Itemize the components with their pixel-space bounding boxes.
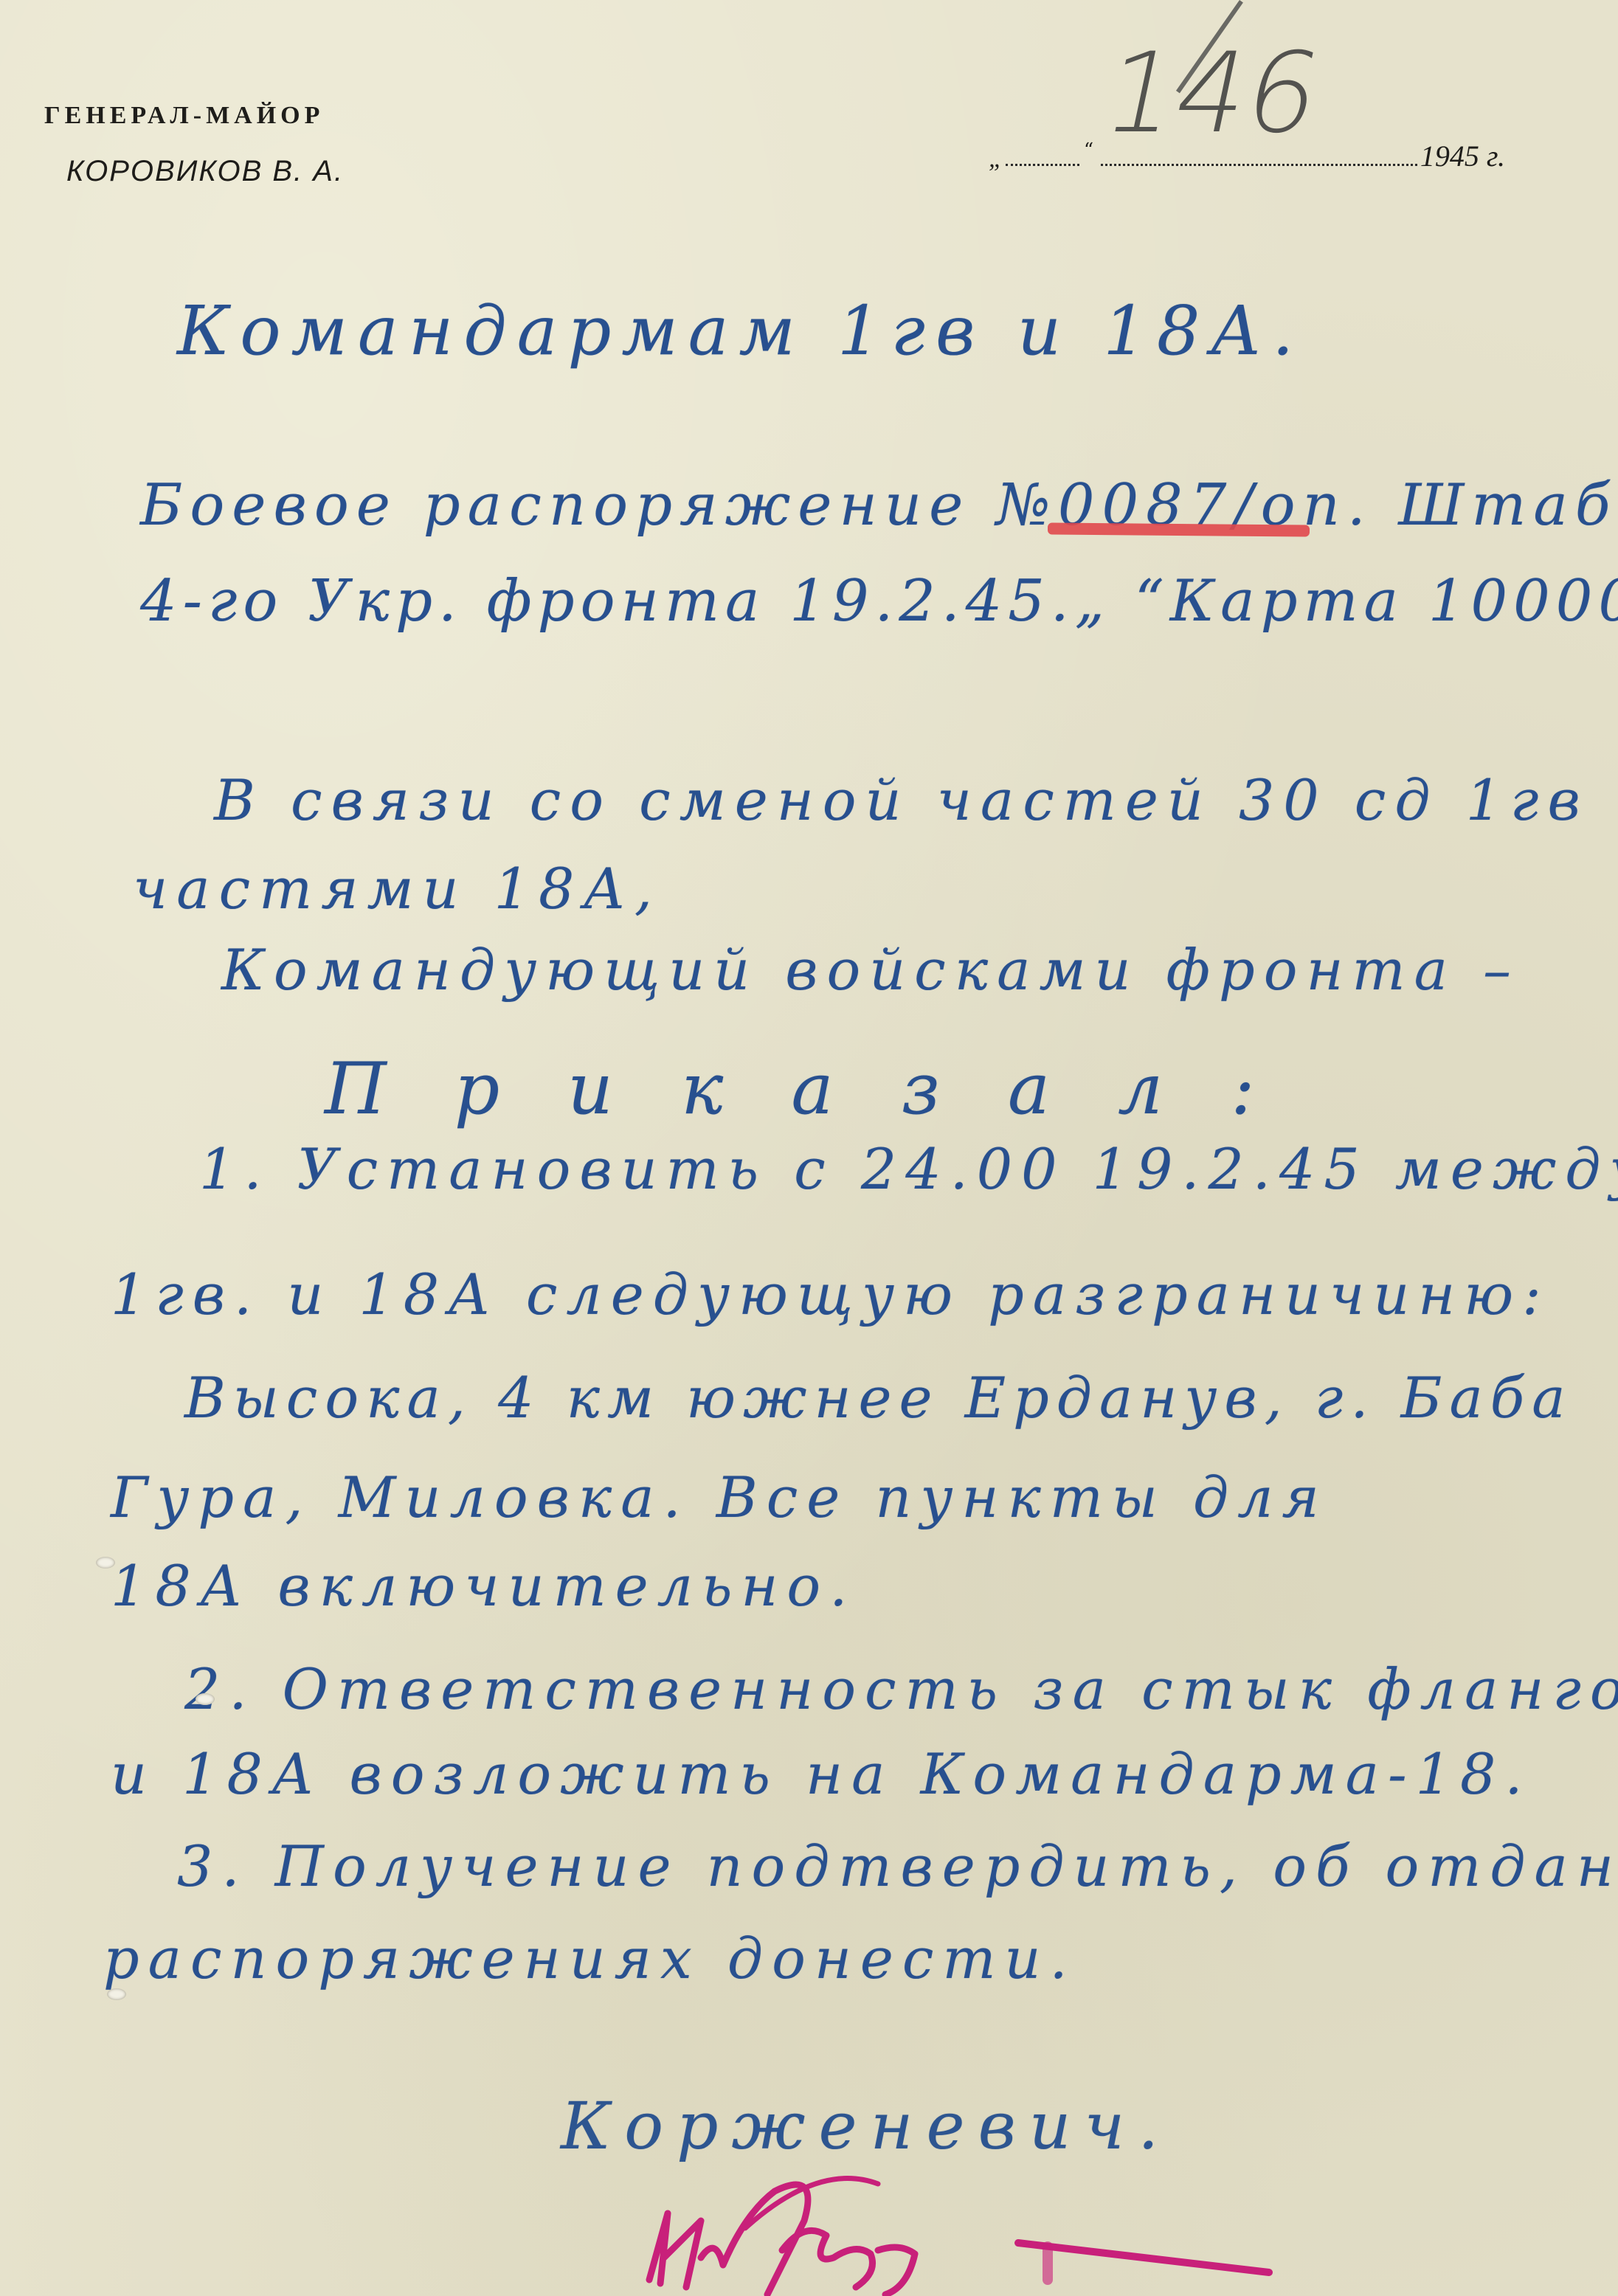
item-1-line-3: Высока, 4 км южнее Ерданув, г. Баба	[184, 1365, 1573, 1431]
item-1-line-1: 1. Установить с 24.00 19.2.45 между	[199, 1136, 1618, 1202]
document-page: ГЕНЕРАЛ-МАЙОР КОРОВИКОВ В. А. 146 „ “ 19…	[0, 0, 1618, 2296]
preamble-line-2: частями 18А,	[133, 856, 661, 921]
addressee: Командармам 1гв и 18А.	[177, 291, 1304, 370]
date-year: 1945 г.	[1420, 139, 1505, 173]
punch-hole	[96, 1557, 115, 1569]
item-1-line-4: Гура, Миловка. Все пункты для	[111, 1465, 1328, 1530]
signature-icon	[635, 2169, 1409, 2296]
preamble-line-1: В связи со сменой частей 30 сд 1гв	[214, 767, 1589, 833]
signatory-name: Корженевич.	[561, 2088, 1172, 2164]
punch-hole	[196, 1693, 215, 1705]
item-1-line-5: 18А включительно.	[111, 1553, 856, 1619]
date-line: „ “ 1945 г.	[989, 136, 1505, 173]
item-1-line-2: 1гв. и 18А следующую разграничиню:	[111, 1262, 1550, 1327]
punch-hole	[107, 1988, 126, 2000]
item-2-line-2: и 18А возложить на Командарма-18.	[111, 1741, 1532, 1807]
printed-name: КОРОВИКОВ В. А.	[66, 155, 344, 188]
date-open-quote: „	[989, 145, 1003, 173]
date-month-blank	[1101, 164, 1417, 166]
date-close-quote: “	[1084, 139, 1093, 162]
item-3-line-1: 3. Получение подтвердить, об отданных	[177, 1833, 1618, 1899]
preamble-line-3: Командующий войсками фронта –	[221, 937, 1520, 1003]
item-3-line-2: распоряжениях донести.	[103, 1926, 1076, 1991]
printed-rank: ГЕНЕРАЛ-МАЙОР	[44, 102, 324, 130]
red-pencil-underline	[1048, 522, 1310, 536]
subject-line-2: 4-го Укр. фронта 19.2.45.„ “Карта 100000…	[140, 568, 1618, 634]
order-heading: Приказал:	[325, 1048, 1323, 1130]
date-day-blank	[1006, 164, 1079, 166]
item-2-line-1: 2. Ответственность за стык флангов 1гв.	[184, 1656, 1618, 1722]
subject-line-1: Боевое распоряжение №0087/оп. Штаб	[140, 472, 1618, 539]
